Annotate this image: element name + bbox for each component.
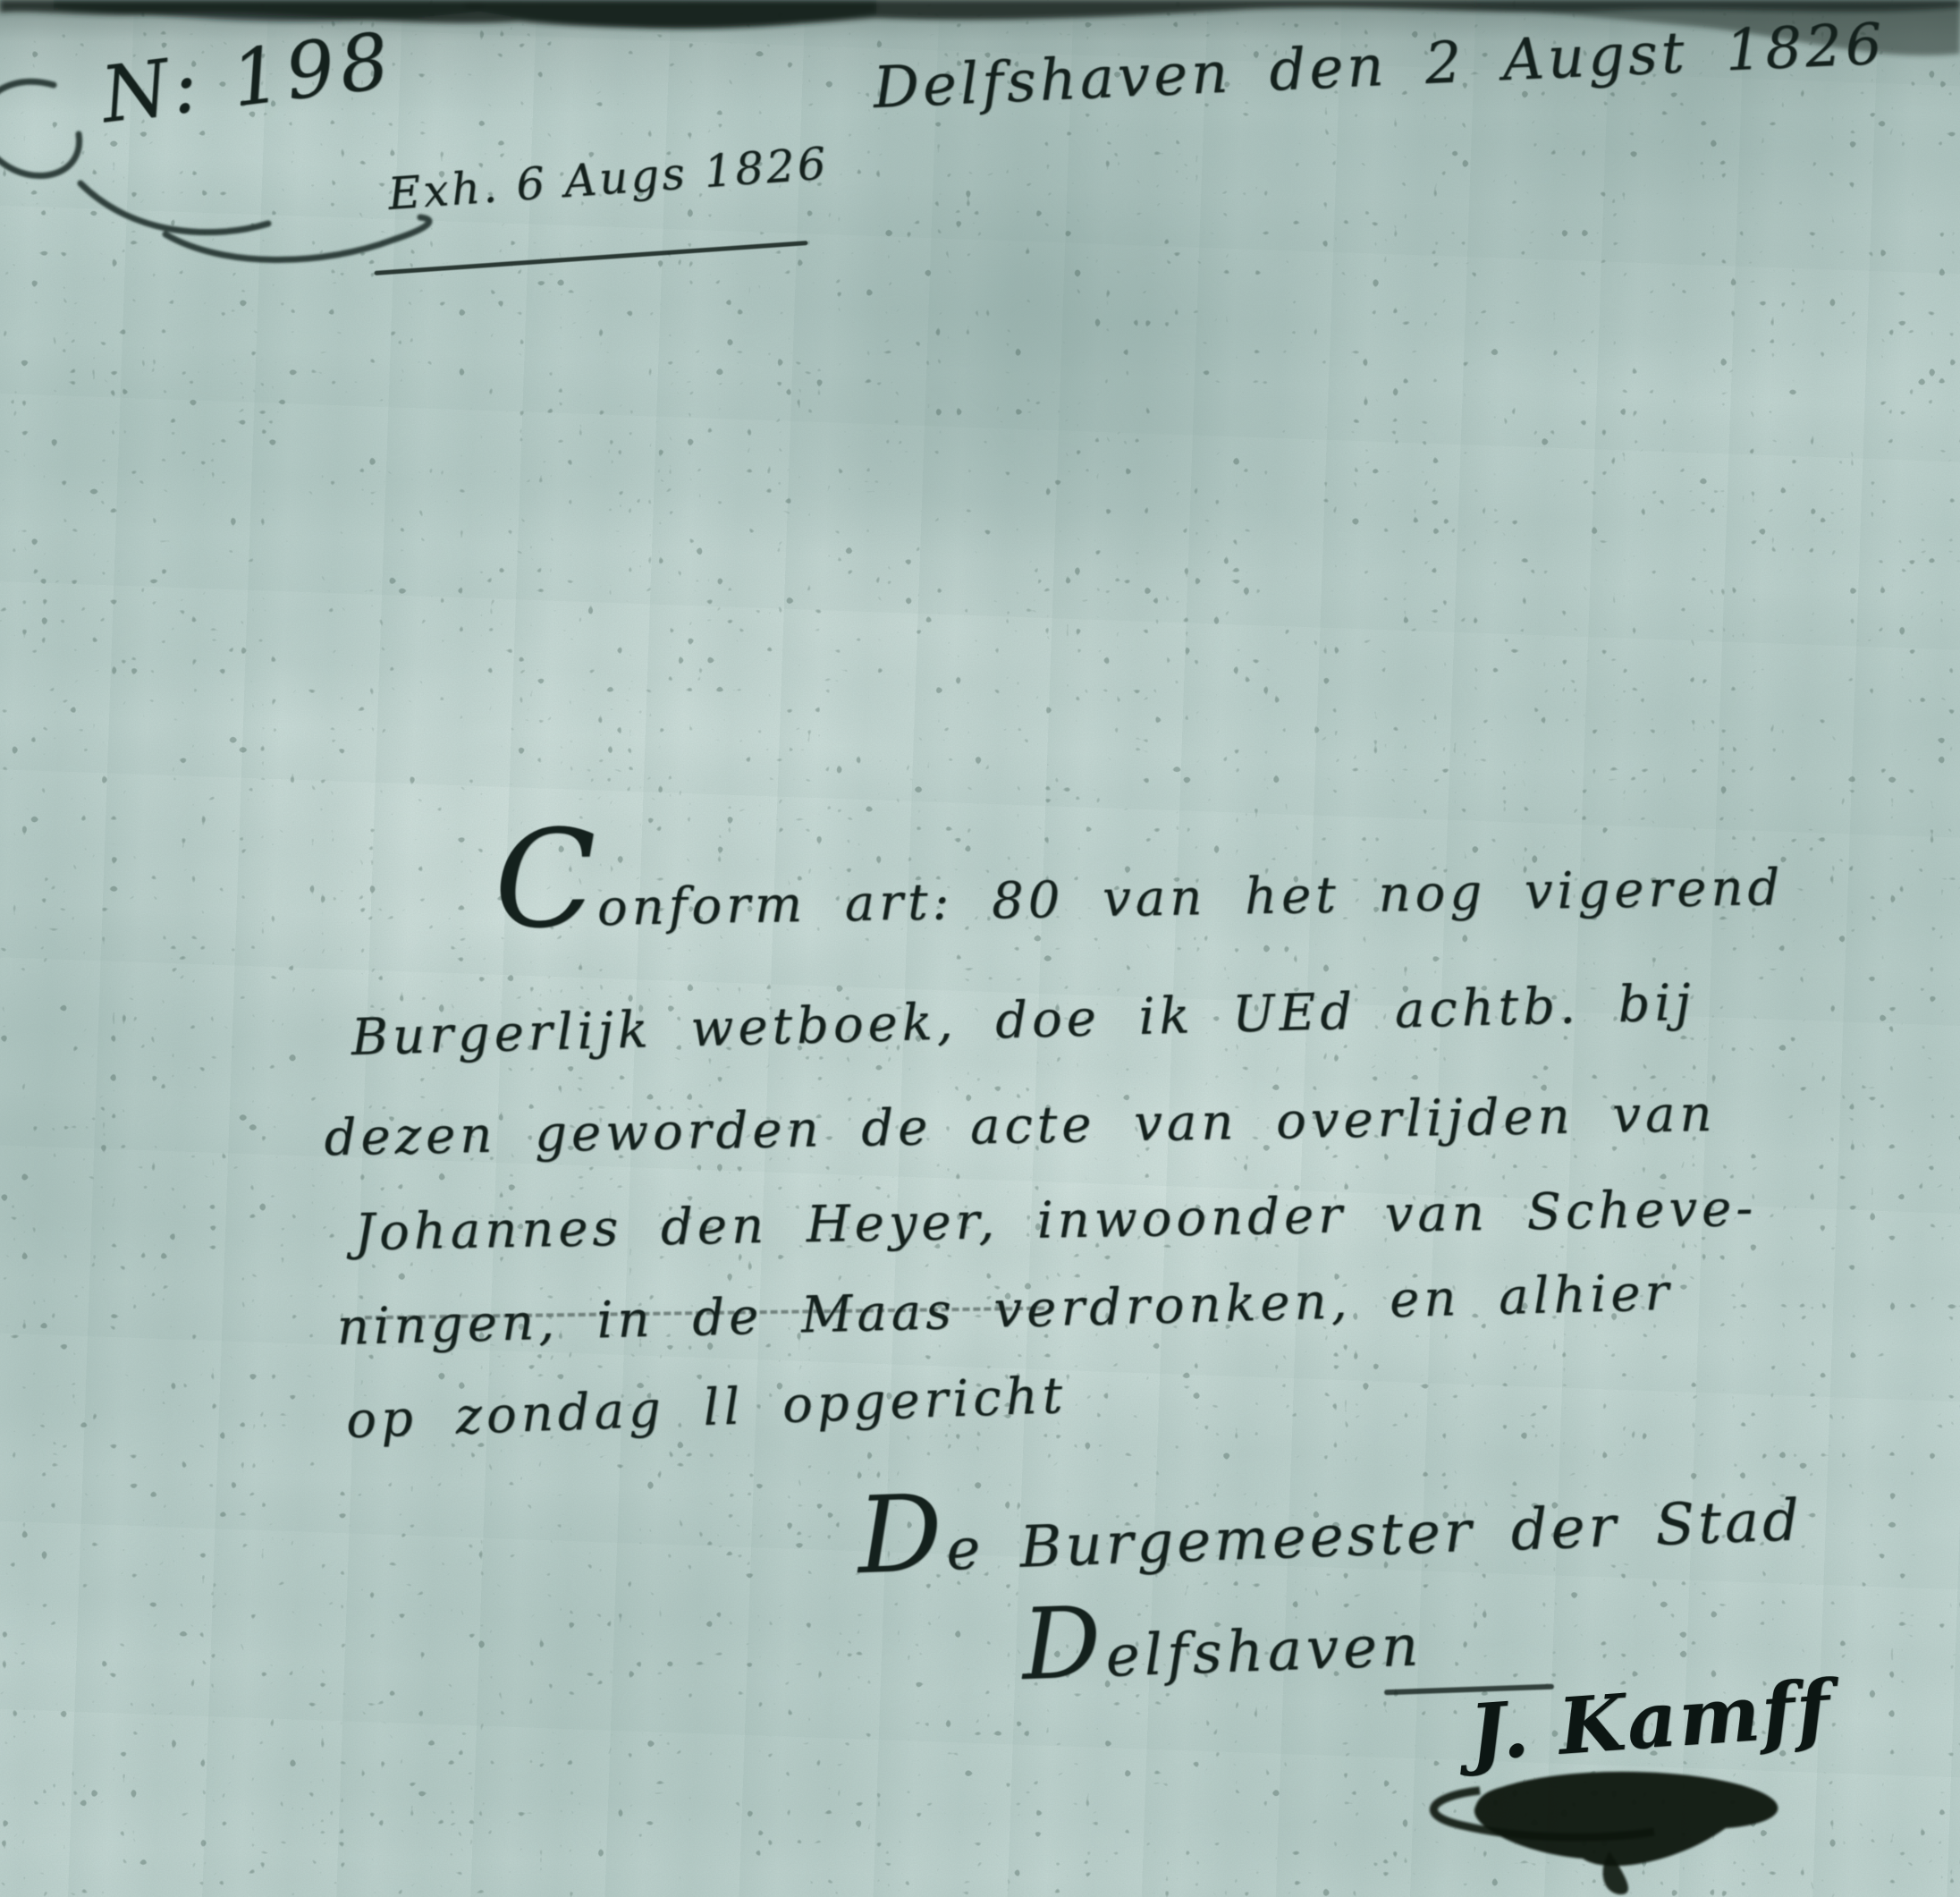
closing-place-line: Delfshaven xyxy=(1021,1606,1424,1693)
speck-layer xyxy=(0,0,1960,1897)
scanned-letter-page: N: 198 Exh. 6 Augs 1826 Delfshaven den 2… xyxy=(0,0,1960,1897)
paper-texture-overlay xyxy=(0,0,1960,1897)
